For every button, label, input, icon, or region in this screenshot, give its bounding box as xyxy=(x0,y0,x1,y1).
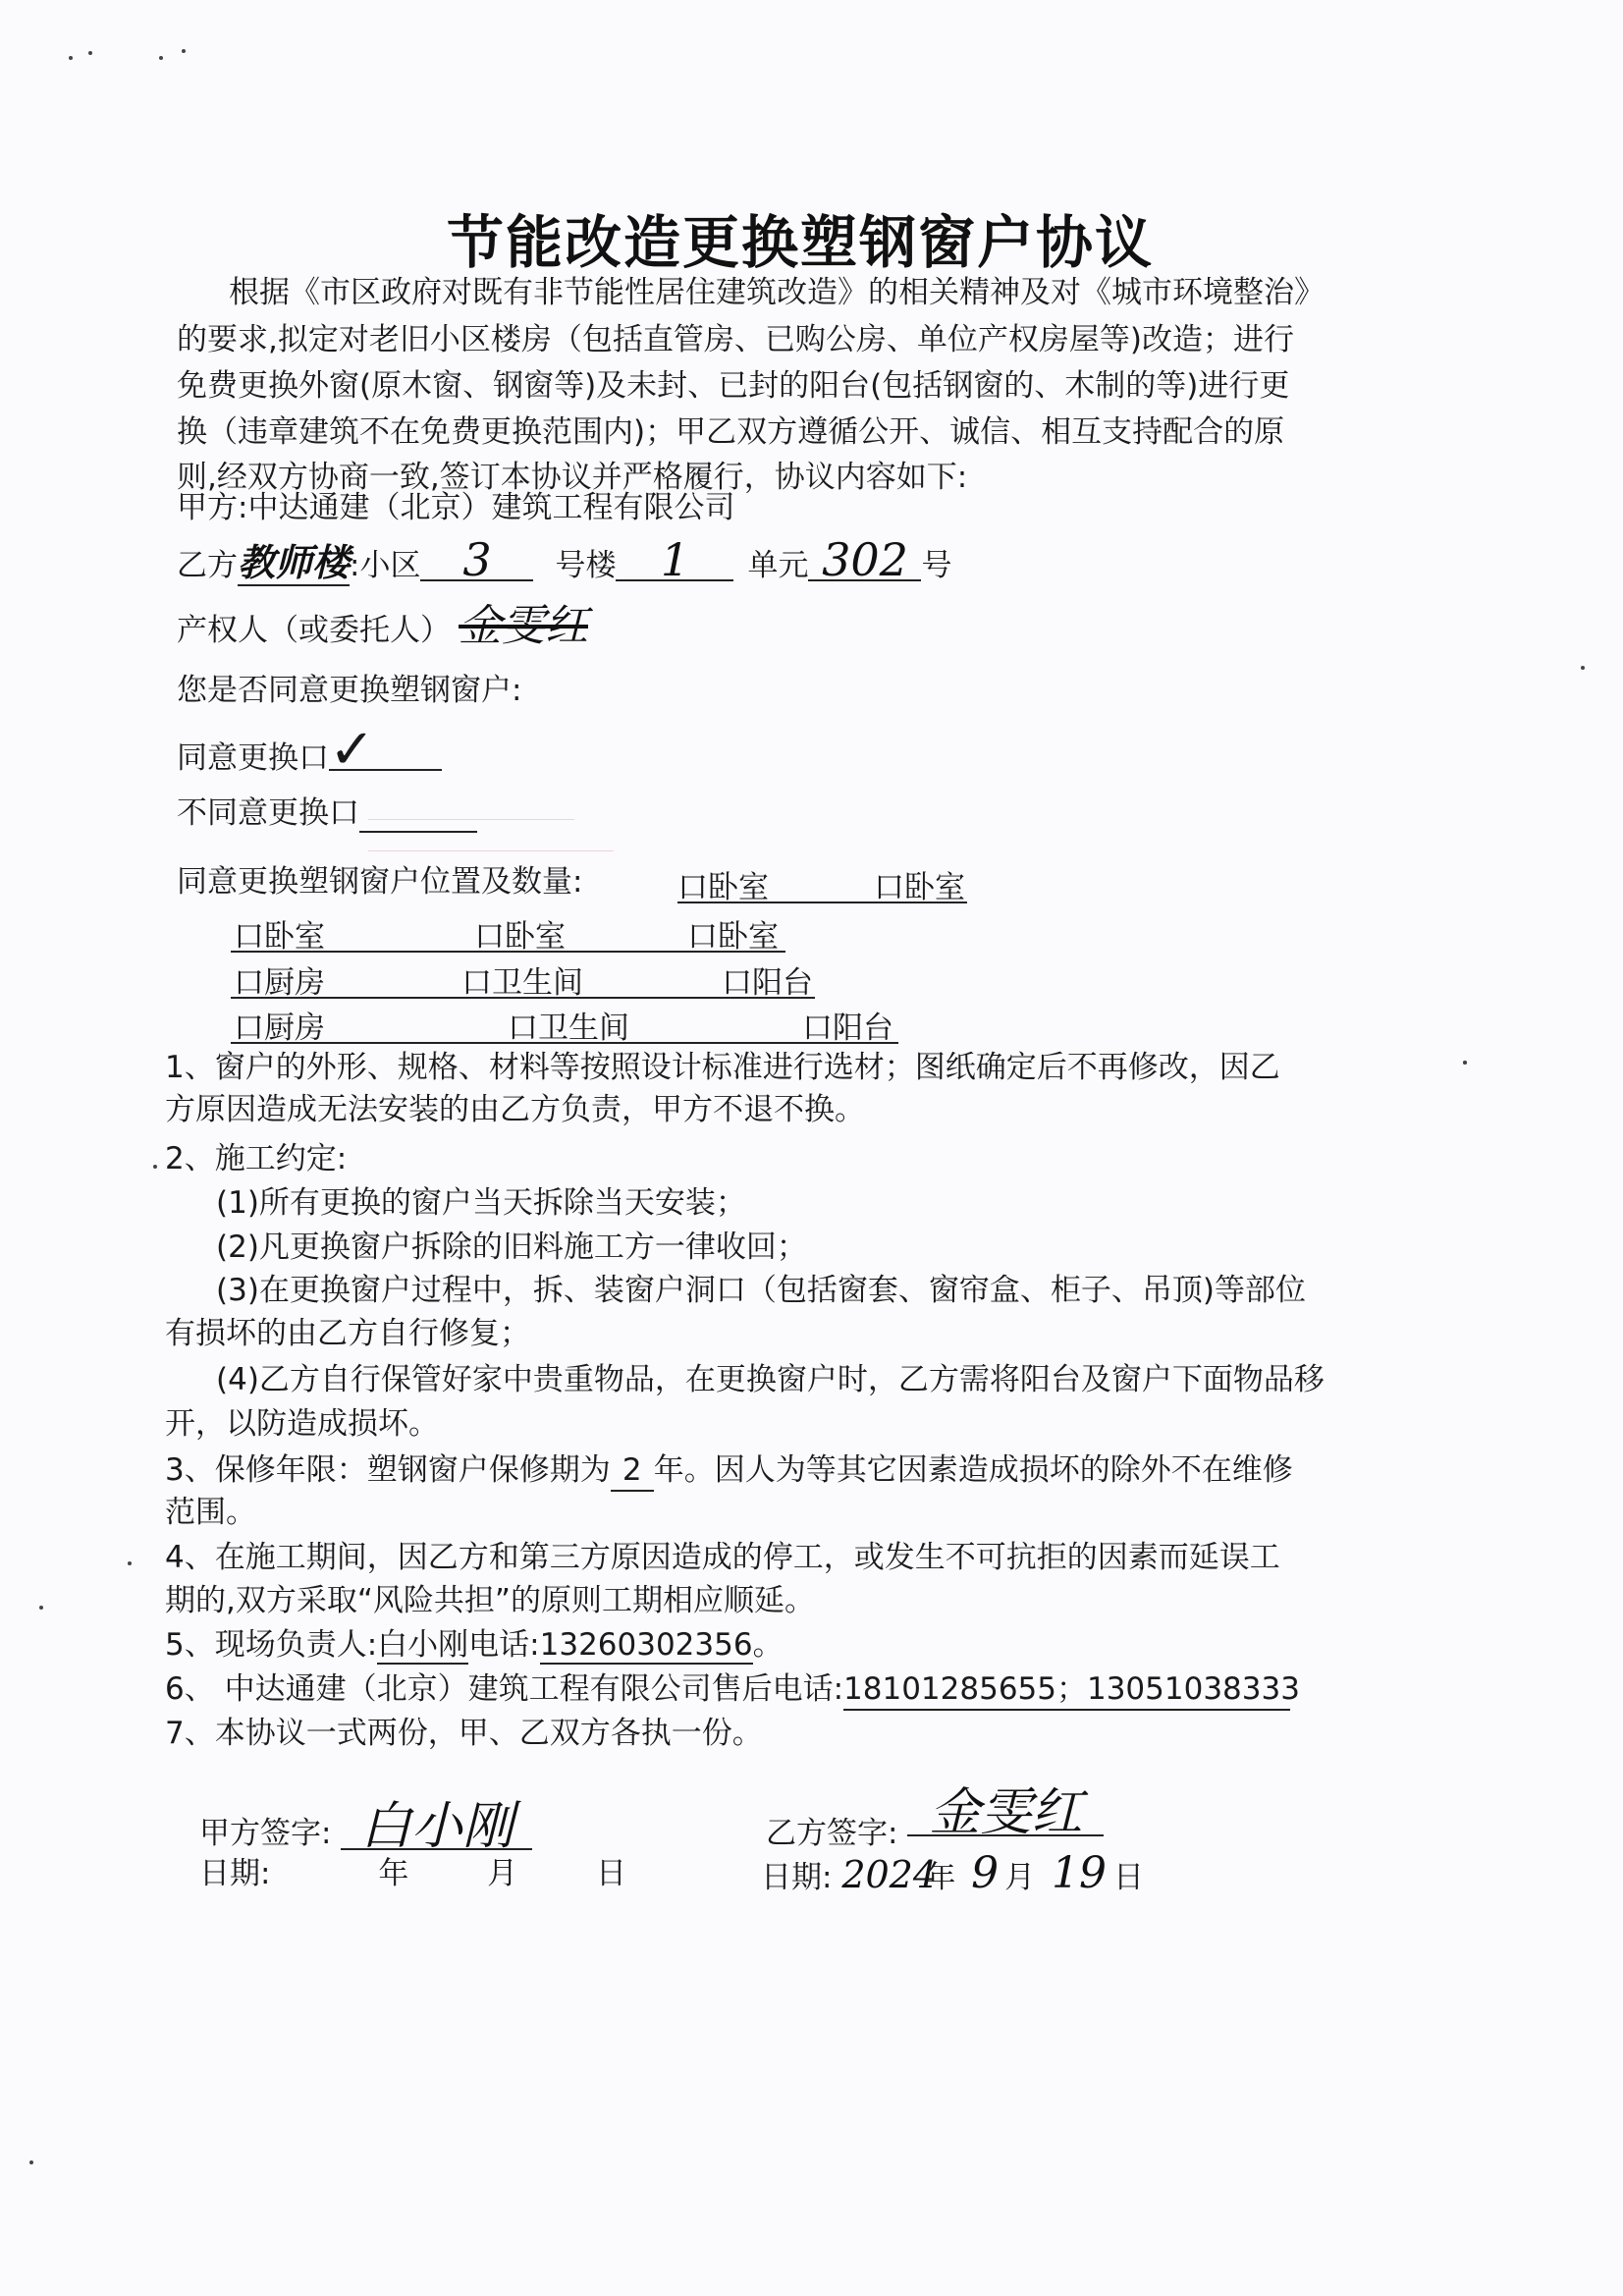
clause-2-item-1: (1)所有更换的窗户当天拆除当天安装； xyxy=(216,1183,746,1223)
party-a-date-label: 日期: xyxy=(199,1856,270,1891)
locations-row-3: 口厨房 口卫生间 口阳台 xyxy=(231,1003,898,1044)
location-option[interactable]: 口卧室 xyxy=(234,911,325,956)
location-option[interactable]: 口卧室 xyxy=(677,862,769,906)
building-number-field[interactable]: 3 xyxy=(420,540,533,581)
clause-2-item-3-line-1: (3)在更换窗户过程中，拆、装窗户洞口（包括窗套、窗帘盒、柜子、吊顶)等部位 xyxy=(216,1271,1306,1310)
owner-signature[interactable]: 金雯红 xyxy=(459,601,588,651)
clause-3-line-2: 范围。 xyxy=(165,1493,256,1532)
scan-speck xyxy=(153,1165,157,1169)
clause-2-item-2: (2)凡更换窗户拆除的旧料施工方一律收回； xyxy=(216,1228,807,1267)
clause-4-line-1: 4、在施工期间，因乙方和第三方原因造成的停工，或发生不可抗拒的因素而延误工 xyxy=(165,1538,1280,1577)
location-option[interactable]: 口厨房 xyxy=(234,957,325,1002)
locations-row-0: 口卧室 口卧室 xyxy=(677,862,967,903)
locations-row-2: 口厨房 口卫生间 口阳台 xyxy=(231,957,815,999)
locations-row-1: 口卧室 口卧室 口卧室 xyxy=(231,911,785,953)
scan-speck xyxy=(1463,1061,1467,1065)
party-a-signature[interactable]: 白小刚 xyxy=(341,1805,532,1850)
disagree-checkbox[interactable] xyxy=(359,797,477,833)
agree-checkbox[interactable]: ✓ xyxy=(329,732,442,771)
clause-1-line-1: 1、窗户的外形、规格、材料等按照设计标准进行选材；图纸确定后不再修改，因乙 xyxy=(165,1048,1280,1087)
clause-5-phone-label: 电话: xyxy=(468,1627,539,1663)
party-b-signature[interactable]: 金雯红 xyxy=(907,1791,1104,1836)
clause-3-prefix: 3、保修年限：塑钢窗户保修期为 xyxy=(165,1452,611,1488)
intro-line-2: 的要求,拟定对老旧小区楼房（包括直管房、已购公房、单位产权房屋等)改造；进行 xyxy=(177,320,1294,359)
location-option[interactable]: 口阳台 xyxy=(802,1003,893,1047)
clause-4-line-2: 期的,双方采取“风险共担”的原则工期相应顺延。 xyxy=(165,1581,815,1620)
year-unit: 年 xyxy=(925,1860,955,1895)
scan-speck xyxy=(69,56,73,60)
clause-6: 6、 中达通建（北京）建筑工程有限公司售后电话:18101285655；1305… xyxy=(165,1669,1290,1711)
location-option[interactable]: 口卧室 xyxy=(474,911,566,956)
building-label: 号楼 xyxy=(555,548,616,583)
party-a-label: 甲方: xyxy=(177,490,247,525)
site-manager-name: 白小刚 xyxy=(377,1627,468,1665)
room-number-field[interactable]: 302 xyxy=(808,540,921,581)
clause-2-item-4-line-2: 开，以防造成损坏。 xyxy=(165,1404,439,1444)
party-a-sign-label: 甲方签字: xyxy=(199,1816,331,1851)
party-a-name: 中达通建（北京）建筑工程有限公司 xyxy=(247,490,734,525)
intro-line-4: 换（违章建筑不在免费更换范围内)；甲乙双方遵循公开、诚信、相互支持配合的原 xyxy=(177,412,1284,452)
disagree-label: 不同意更换口 xyxy=(177,795,359,831)
party-b-date-label: 日期: xyxy=(761,1860,832,1895)
agree-line: 同意更换口✓ xyxy=(177,732,442,778)
month-unit: 月 xyxy=(1004,1860,1035,1895)
clause-5-end: 。 xyxy=(753,1627,784,1663)
party-b-line: 乙方教师楼:小区3号楼1单元302号 xyxy=(177,540,951,589)
disagree-line: 不同意更换口 xyxy=(177,793,477,833)
scan-speck xyxy=(88,51,92,55)
scan-guide-line xyxy=(368,819,574,820)
clause-1-line-2: 方原因造成无法安装的由乙方负责，甲方不退不换。 xyxy=(165,1090,865,1129)
clause-3-suffix: 年。因人为等其它因素造成损坏的除外不在维修 xyxy=(654,1452,1293,1488)
owner-label: 产权人（或委托人） xyxy=(177,613,451,648)
party-b-day[interactable]: 19 xyxy=(1045,1854,1113,1893)
clause-6-prefix: 6、 中达通建（北京）建筑工程有限公司售后电话: xyxy=(165,1671,843,1707)
party-a-sign-line: 甲方签字:白小刚 xyxy=(199,1805,532,1853)
scan-guide-line xyxy=(368,850,614,851)
location-option[interactable]: 口卫生间 xyxy=(508,1003,629,1047)
site-manager-phone[interactable]: 13260302356 xyxy=(540,1627,753,1665)
scan-speck xyxy=(1581,666,1585,670)
party-b-month[interactable]: 9 xyxy=(965,1854,1004,1893)
scan-speck xyxy=(39,1606,43,1610)
clause-2-title: 2、施工约定: xyxy=(165,1139,347,1178)
room-label: 号 xyxy=(921,548,951,583)
party-b-label: 乙方 xyxy=(177,548,238,583)
location-option[interactable]: 口卧室 xyxy=(687,911,779,956)
day-unit: 日 xyxy=(1113,1860,1144,1895)
year-unit: 年 xyxy=(378,1856,408,1891)
party-a-line: 甲方:中达通建（北京）建筑工程有限公司 xyxy=(177,488,734,527)
warranty-years-field[interactable]: 2 xyxy=(611,1450,654,1492)
owner-line: 产权人（或委托人）金雯红 xyxy=(177,607,588,650)
location-option[interactable]: 口卧室 xyxy=(874,862,965,906)
unit-number-field[interactable]: 1 xyxy=(616,540,733,581)
party-b-sign-label: 乙方签字: xyxy=(766,1816,897,1851)
location-option[interactable]: 口卫生间 xyxy=(461,957,583,1002)
scan-speck xyxy=(159,56,163,60)
scan-speck xyxy=(29,2160,33,2164)
clause-2-item-4-line-1: (4)乙方自行保管好家中贵重物品，在更换窗户时，乙方需将阳台及窗户下面物品移 xyxy=(216,1360,1325,1399)
month-unit: 月 xyxy=(487,1856,517,1891)
scan-speck xyxy=(182,49,186,53)
agree-label: 同意更换口 xyxy=(177,740,329,776)
clause-5-prefix: 5、现场负责人: xyxy=(165,1627,377,1663)
locations-label: 同意更换塑钢窗户位置及数量: xyxy=(177,862,582,902)
community-name-field[interactable]: 教师楼 xyxy=(238,540,350,586)
community-suffix: :小区 xyxy=(350,548,420,583)
scan-speck xyxy=(128,1561,132,1565)
day-unit: 日 xyxy=(596,1856,626,1891)
party-a-date-line: 日期: 年 月 日 xyxy=(199,1854,626,1893)
party-b-year[interactable]: 2024 xyxy=(841,1855,925,1894)
after-sales-phones[interactable]: 18101285655；13051038333 xyxy=(843,1669,1290,1711)
intro-line-1: 根据《市区政府对既有非节能性居住建筑改造》的相关精神及对《城市环境整治》 xyxy=(229,273,1325,312)
clause-2-item-3-line-2: 有损坏的由乙方自行修复； xyxy=(165,1314,530,1353)
clause-3-line-1: 3、保修年限：塑钢窗户保修期为2年。因人为等其它因素造成损坏的除外不在维修 xyxy=(165,1450,1293,1492)
unit-label: 单元 xyxy=(747,548,808,583)
intro-line-3: 免费更换外窗(原木窗、钢窗等)及未封、已封的阳台(包括钢窗的、木制的等)进行更 xyxy=(177,366,1289,406)
party-b-date-line: 日期: 2024年 9月 19日 xyxy=(761,1854,1144,1897)
location-option[interactable]: 口厨房 xyxy=(234,1003,325,1047)
location-option[interactable]: 口阳台 xyxy=(722,957,813,1002)
clause-5: 5、现场负责人:白小刚电话:13260302356。 xyxy=(165,1625,784,1665)
consent-question: 您是否同意更换塑钢窗户: xyxy=(177,671,521,710)
clause-7: 7、本协议一式两份，甲、乙双方各执一份。 xyxy=(165,1714,763,1753)
document-title: 节能改造更换塑钢窗户协议 xyxy=(447,196,1154,279)
party-b-sign-line: 乙方签字:金雯红 xyxy=(766,1805,1104,1853)
